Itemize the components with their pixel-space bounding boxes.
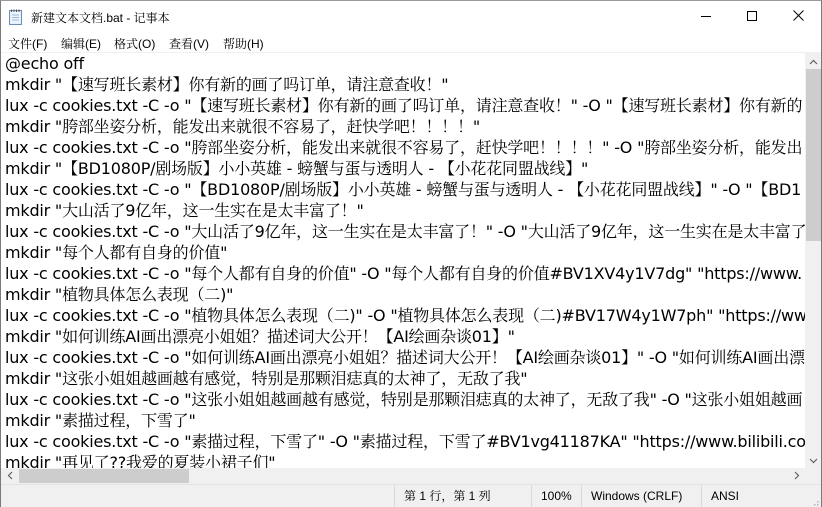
text-line: mkdir "【BD1080P/剧场版】小小英雄 - 螃蟹与蛋与透明人 - 【小…	[5, 158, 588, 179]
text-line: lux -c cookies.txt -C -o "这张小姐姐越画越有感觉，特别…	[5, 389, 802, 410]
text-editor[interactable]: @echo off mkdir "【速写班长素材】你有新的画了吗订单，请注意查收…	[1, 52, 805, 469]
menu-format[interactable]: 格式(O)	[114, 35, 155, 52]
scroll-up-button[interactable]	[805, 52, 822, 69]
notepad-icon	[9, 9, 22, 25]
cursor-position: 第 1 行，第 1 列	[394, 485, 531, 507]
text-line: mkdir "再见了??我爱的夏装小裙子们"	[5, 452, 275, 469]
horizontal-scrollbar[interactable]	[1, 468, 805, 484]
vertical-scroll-thumb[interactable]	[806, 69, 821, 241]
menu-edit[interactable]: 编辑(E)	[61, 35, 101, 52]
line-ending: Windows (CRLF)	[581, 485, 701, 507]
text-line: lux -c cookies.txt -C -o "植物具体怎么表现（二)" -…	[5, 305, 805, 326]
text-line: lux -c cookies.txt -C -o "如何训练AI画出漂亮小姐姐？…	[5, 347, 805, 368]
text-line: mkdir "这张小姐姐越画越有感觉，特别是那颗泪痣真的太神了，无敌了我"	[5, 368, 527, 389]
chevron-left-icon	[7, 467, 13, 485]
maximize-icon	[747, 8, 757, 26]
text-line: lux -c cookies.txt -C -o "素描过程，下雪了" -O "…	[5, 431, 805, 452]
close-icon	[793, 8, 804, 26]
scrollbar-corner	[805, 468, 822, 484]
notepad-window: 新建文本文档.bat - 记事本 文件(F) 编辑(E) 格式(O) 查看(V)…	[0, 0, 822, 507]
encoding: ANSI	[701, 485, 811, 507]
menu-help[interactable]: 帮助(H)	[223, 35, 264, 52]
text-line: mkdir "植物具体怎么表现（二)"	[5, 284, 233, 305]
maximize-button[interactable]	[729, 1, 775, 32]
scroll-down-button[interactable]	[805, 451, 822, 468]
resize-grip-icon[interactable]	[809, 496, 819, 506]
text-line: mkdir "如何训练AI画出漂亮小姐姐？描述词大公开！【AI绘画杂谈01】"	[5, 326, 515, 347]
text-line: mkdir "素描过程，下雪了"	[5, 410, 196, 431]
scroll-right-button[interactable]	[788, 468, 805, 484]
text-line: mkdir "大山活了9亿年，这一生实在是太丰富了！"	[5, 200, 364, 221]
menu-bar: 文件(F) 编辑(E) 格式(O) 查看(V) 帮助(H)	[1, 33, 821, 52]
title-bar[interactable]: 新建文本文档.bat - 记事本	[1, 1, 821, 33]
status-bar: 第 1 行，第 1 列 100% Windows (CRLF) ANSI	[1, 484, 821, 507]
text-line: mkdir "【速写班长素材】你有新的画了吗订单，请注意查收！"	[5, 74, 448, 95]
menu-file[interactable]: 文件(F)	[8, 35, 47, 52]
text-line: @echo off	[5, 53, 84, 74]
text-line: mkdir "每个人都有自身的价值"	[5, 242, 227, 263]
menu-view[interactable]: 查看(V)	[169, 35, 209, 52]
vertical-scrollbar[interactable]	[805, 52, 822, 468]
text-line: mkdir "胯部坐姿分析，能发出来就很不容易了，赶快学吧！！！！"	[5, 116, 480, 137]
text-line: lux -c cookies.txt -C -o "【速写班长素材】你有新的画了…	[5, 95, 802, 116]
zoom-level: 100%	[531, 485, 581, 507]
horizontal-scroll-thumb[interactable]	[19, 469, 189, 483]
minimize-icon	[701, 8, 711, 26]
chevron-down-icon	[809, 451, 818, 469]
text-line: lux -c cookies.txt -C -o "大山活了9亿年，这一生实在是…	[5, 221, 805, 242]
chevron-up-icon	[809, 52, 818, 70]
chevron-right-icon	[794, 467, 800, 485]
scroll-left-button[interactable]	[1, 468, 18, 484]
text-line: lux -c cookies.txt -C -o "【BD1080P/剧场版】小…	[5, 179, 801, 200]
text-line: lux -c cookies.txt -C -o "每个人都有自身的价值" -O…	[5, 263, 802, 284]
minimize-button[interactable]	[683, 1, 729, 32]
close-button[interactable]	[775, 1, 821, 32]
text-line: lux -c cookies.txt -C -o "胯部坐姿分析，能发出来就很不…	[5, 137, 802, 158]
window-title: 新建文本文档.bat - 记事本	[31, 9, 170, 26]
